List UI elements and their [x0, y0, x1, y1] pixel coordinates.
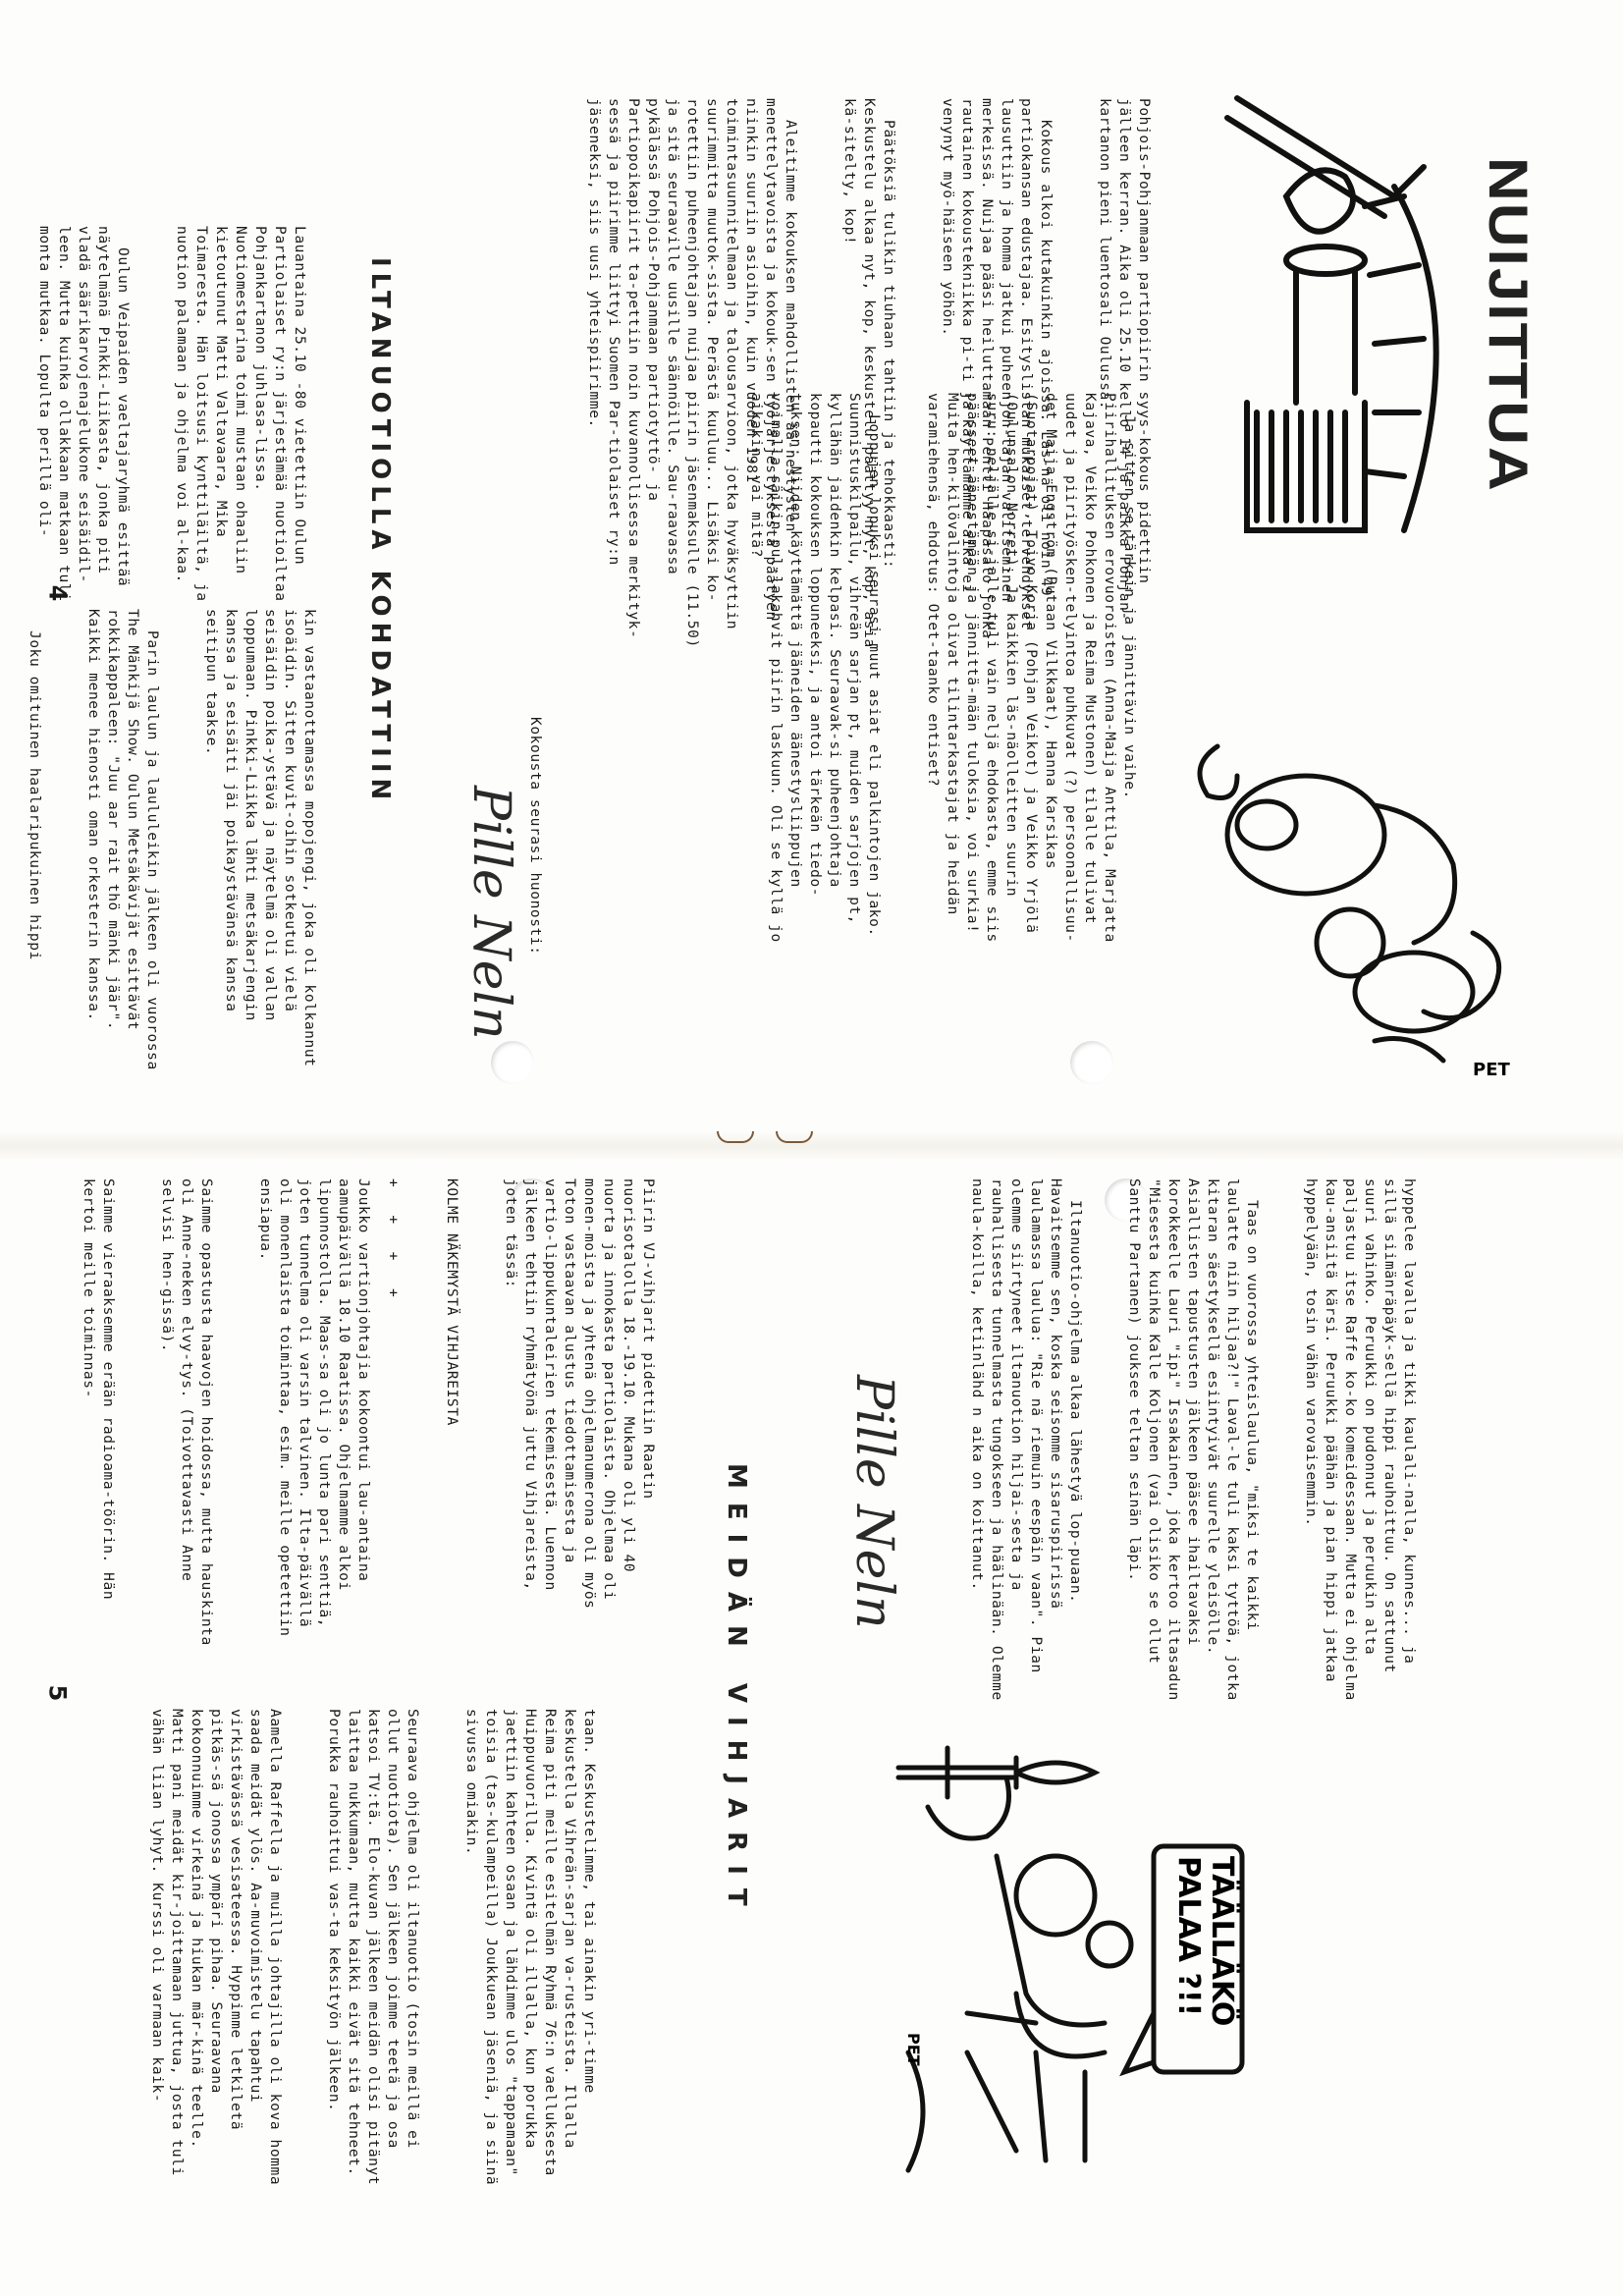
- paragraph: Piirin VJ-vihjarit pidettiin Raatin nuor…: [501, 1178, 658, 1630]
- artist-mark: PET: [1473, 1060, 1510, 1080]
- heading-meidan-vihjarit: MEIDÄN VIHJARIT: [722, 1463, 751, 1920]
- paragraph: kin vastaanottamassa mopojengi, joka oli…: [201, 609, 319, 1070]
- crowd-cartoon-illustration: PET: [1178, 687, 1571, 1100]
- artist-mark: PET: [904, 2033, 923, 2066]
- paragraph: Parin laulun ja laululeikin jälkeen oli …: [83, 609, 162, 1070]
- heading-iltanuotiolla-kohdattiin: ILTANUOTIOLLA KOHDATTIIN: [365, 257, 395, 805]
- staple: [717, 1131, 754, 1143]
- staple: [776, 1131, 813, 1143]
- paragraph: Aamella Raffella ja muilla johtajilla ol…: [147, 1709, 285, 2190]
- vihjarit-column-3: taan. Keskustelimme, tai ainakin yri-tim…: [69, 1709, 638, 2190]
- paragraph: Iltanuotio-ohjelma alkaa lähestyä lop-pu…: [967, 1178, 1085, 1709]
- paragraph: Joku omituinen haalaripukuinen hippi: [25, 609, 44, 1070]
- page-number-5: 5: [43, 1685, 71, 1702]
- paragraph: Saimme opastusta haavojen hoidossa, mutt…: [157, 1178, 216, 1650]
- page-number-4: 4: [43, 585, 71, 602]
- signature: Pille Neln: [844, 1375, 903, 1629]
- vihjarit-column-1: Piirin VJ-vihjarit pidettiin Raatin nuor…: [432, 1178, 697, 1630]
- paragraph: Joukko vartionjohtajia kokoontui lau-ant…: [255, 1178, 373, 1650]
- punch-hole: [1070, 1041, 1113, 1084]
- paragraph: Ja sitten se tärkein ja jännittävin vaih…: [923, 393, 1139, 943]
- speech-bubble-line-2: PALAA ?!!: [1171, 1856, 1206, 2016]
- paragraph: Oulun Veipaiden vaeltajaryhmä esittää nä…: [34, 226, 133, 619]
- iltanuotio-continuation-column: hyppelee lavalla ja tikki kaulali-nalla,…: [908, 1178, 1458, 1709]
- paragraph: Saimme vieraaksemme erään radioama-tööri…: [79, 1178, 118, 1650]
- paragraph: hyppelee lavalla ja tikki kaulali-nalla,…: [1301, 1178, 1419, 1709]
- subheading: KOLME NÄKEMYSTÄ VIHJAREISTA: [442, 1178, 461, 1630]
- nuijittua-column-2: Ja sitten se tärkein ja jännittävin vaih…: [550, 393, 1178, 943]
- speech-bubble-line-1: TÄÄLLÄKÖ: [1205, 1856, 1241, 2026]
- paragraph: Seuraava ohjelma oli iltanuotio (tosin m…: [324, 1709, 422, 2190]
- paragraph: Taas on vuorossa yhteislaulua, "miksi te…: [1124, 1178, 1262, 1709]
- iltanuotio-column-1: Lauantaina 25.10 -80 vietettiin Oulun Pa…: [34, 226, 349, 619]
- gavel-cartoon-illustration: [1198, 79, 1473, 707]
- signature: Pille Neln: [461, 786, 520, 1040]
- paragraph: Lauantaina 25.10 -80 vietettiin Oulun Pa…: [172, 226, 309, 619]
- vihjarit-column-2: Joukko vartionjohtajia kokoontui lau-ant…: [69, 1178, 412, 1650]
- torch-cartoon-illustration: TÄÄLLÄKÖ PALAA ?!! PET: [889, 1699, 1438, 2249]
- nuijittua-closing: Kokousta seurasi huonosti:: [525, 717, 545, 1041]
- punch-hole: [491, 1041, 534, 1084]
- paragraph: taan. Keskustelimme, tai ainakin yri-tim…: [461, 1709, 599, 2190]
- heading-nuijittua: NUIJITTUA: [1477, 157, 1540, 493]
- paragraph: Loppujen lopuksi seurasi muut asiat eli …: [746, 393, 884, 943]
- iltanuotio-column-2: kin vastaanottamassa mopojengi, joka oli…: [25, 609, 358, 1070]
